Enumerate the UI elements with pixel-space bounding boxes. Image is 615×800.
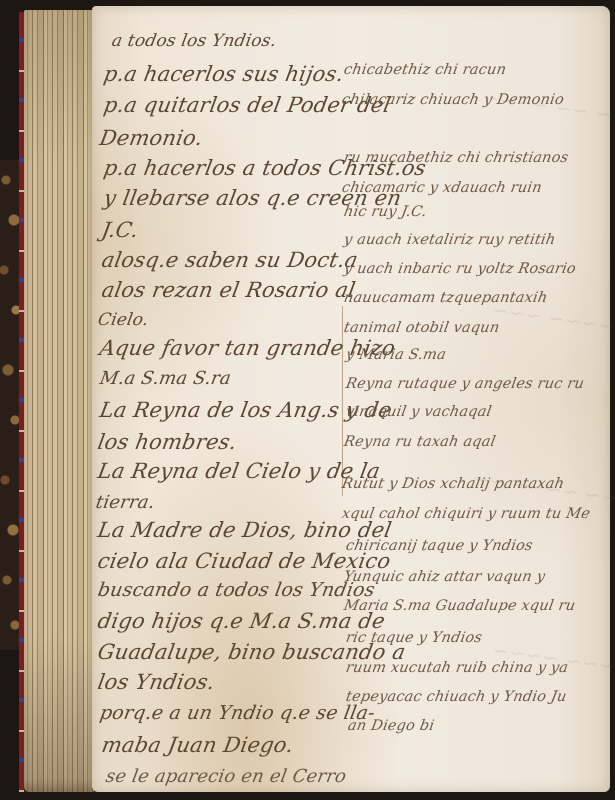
- native-line: nauucamam tzquepantaxih: [343, 290, 549, 306]
- native-line: hic ruy J.C.: [343, 204, 428, 220]
- spanish-line: a todos los Yndios.: [110, 31, 278, 51]
- native-line: Yunquic ahiz attar vaqun y: [343, 569, 547, 585]
- spanish-line: La Reyna del Cielo y de la: [96, 459, 382, 483]
- native-line: tanimal otobil vaqun: [343, 320, 501, 336]
- native-line: chicamaric y xdauach ruin: [341, 180, 544, 196]
- spanish-line: Cielo.: [96, 310, 150, 330]
- native-line: Reyna ru taxah aqal: [343, 434, 497, 450]
- spanish-line: se le aparecio en el Cerro: [104, 766, 348, 787]
- spanish-line: maba Juan Diego.: [100, 733, 296, 757]
- native-line: Reyna rutaque y angeles ruc ru: [345, 376, 586, 392]
- native-line: chiricanij taque y Yndios: [345, 538, 534, 554]
- native-line: ric taque y Yndios: [345, 630, 484, 646]
- native-line: y uach inbaric ru yoltz Rosario: [343, 261, 578, 277]
- spanish-line: p.a hacerlos sus hijos.: [102, 62, 346, 86]
- stacked-page-edges: [24, 10, 94, 792]
- native-line: Rutut y Dios xchalij pantaxah: [341, 476, 566, 492]
- native-line: Maria S.ma Guadalupe xqul ru: [343, 598, 577, 614]
- spanish-line: tierra.: [94, 492, 156, 513]
- spanish-line: los hombres.: [96, 430, 239, 454]
- native-line: xqul cahol chiquiri y ruum tu Me: [341, 506, 592, 522]
- native-line: an Diego bi: [347, 718, 436, 734]
- native-line: ru mucabethiz chi christianos: [343, 150, 570, 166]
- spanish-line: alosq.e saben su Doct.a: [100, 248, 360, 272]
- spanish-line: buscando a todos los Yndios: [96, 579, 377, 601]
- native-line: y Maria S.ma: [345, 347, 448, 363]
- spanish-line: Demonio.: [98, 126, 205, 150]
- spanish-line: porq.e a un Yndio q.e se lla-: [98, 702, 377, 724]
- native-line: chilacariz chiuach y Demonio: [341, 92, 566, 108]
- native-line: vinaquil y vachaqal: [345, 404, 493, 420]
- manuscript-page: ~~~ ~~ ~~~~ ~~~~ ~~~ ~~ ~~~~ ~~ ~~~ ~~~~…: [92, 6, 610, 792]
- spanish-line: J.C.: [100, 218, 140, 242]
- native-line: y auach ixetaliriz ruy retitih: [343, 232, 557, 248]
- native-line: chicabethiz chi racun: [343, 62, 508, 78]
- native-line: tepeyacac chiuach y Yndio Ju: [345, 689, 568, 705]
- manuscript-scan: ~~~ ~~ ~~~~ ~~~~ ~~~ ~~ ~~~~ ~~ ~~~ ~~~~…: [0, 0, 615, 800]
- spanish-line: alos rezan el Rosario al: [100, 278, 357, 302]
- native-line: ruum xucutah ruib china y ya: [345, 660, 570, 676]
- spanish-line: los Yndios.: [96, 670, 217, 694]
- spanish-line: M.a S.ma S.ra: [98, 368, 233, 389]
